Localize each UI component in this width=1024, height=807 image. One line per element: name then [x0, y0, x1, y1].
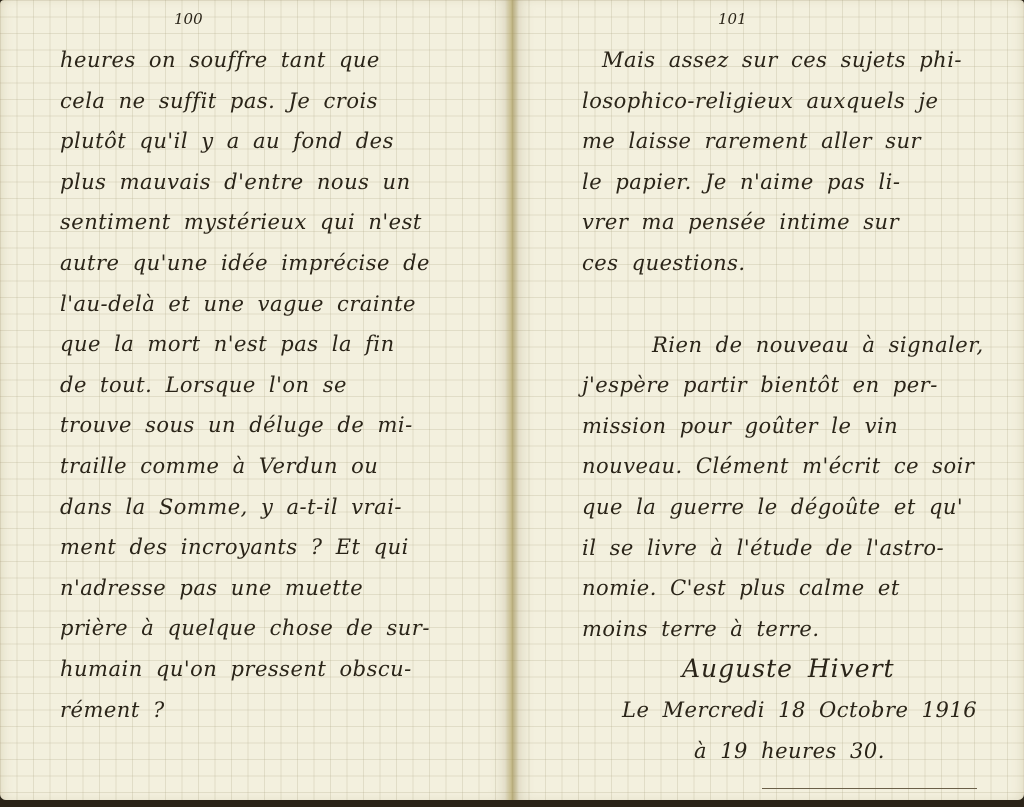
text-line: me laisse rarement aller sur — [582, 121, 984, 162]
text-line: nouveau. Clément m'écrit ce soir — [582, 446, 984, 487]
text-line: vrer ma pensée intime sur — [582, 202, 984, 243]
right-page-text: Mais assez sur ces sujets phi- losophico… — [582, 40, 984, 771]
text-line: plutôt qu'il y a au fond des — [60, 121, 430, 162]
text-line: rément ? — [60, 690, 430, 731]
text-line: mission pour goûter le vin — [582, 406, 984, 447]
date-line: Le Mercredi 18 Octobre 1916 — [582, 690, 984, 731]
text-line: n'adresse pas une muette — [60, 568, 430, 609]
text-line: prière à quelque chose de sur- — [60, 608, 430, 649]
right-page: 101 Mais assez sur ces sujets phi- losop… — [512, 0, 1024, 800]
time-line: à 19 heures 30. — [582, 731, 984, 772]
text-line: cela ne suffit pas. Je crois — [60, 81, 430, 122]
notebook-spread: 100 heures on souffre tant que cela ne s… — [0, 0, 1024, 800]
notebook-bottom-edge — [0, 800, 1024, 807]
left-page-text: heures on souffre tant que cela ne suffi… — [60, 40, 430, 730]
text-line: Mais assez sur ces sujets phi- — [582, 40, 984, 81]
text-line: ment des incroyants ? Et qui — [60, 527, 430, 568]
text-line: que la mort n'est pas la fin — [60, 324, 430, 365]
text-line: trouve sous un déluge de mi- — [60, 405, 430, 446]
text-line: humain qu'on pressent obscu- — [60, 649, 430, 690]
text-line: ces questions. — [582, 243, 984, 284]
text-line: Rien de nouveau à signaler, — [582, 325, 984, 366]
page-number: 101 — [718, 10, 747, 28]
text-line: moins terre à terre. — [582, 609, 984, 650]
page-number: 100 — [174, 10, 203, 28]
pen-underline — [762, 788, 977, 789]
left-page: 100 heures on souffre tant que cela ne s… — [0, 0, 512, 800]
text-line: sentiment mystérieux qui n'est — [60, 202, 430, 243]
text-line: de tout. Lorsque l'on se — [60, 365, 430, 406]
text-line: l'au-delà et une vague crainte — [60, 284, 430, 325]
text-line: j'espère partir bientôt en per- — [582, 365, 984, 406]
text-line: plus mauvais d'entre nous un — [60, 162, 430, 203]
text-line: heures on souffre tant que — [60, 40, 430, 81]
text-line: le papier. Je n'aime pas li- — [582, 162, 984, 203]
text-line: autre qu'une idée imprécise de — [60, 243, 430, 284]
signature: Auguste Hivert — [582, 649, 984, 690]
text-line: nomie. C'est plus calme et — [582, 568, 984, 609]
text-line: dans la Somme, y a-t-il vrai- — [60, 487, 430, 528]
text-line: il se livre à l'étude de l'astro- — [582, 528, 984, 569]
text-line: que la guerre le dégoûte et qu' — [582, 487, 984, 528]
text-line: traille comme à Verdun ou — [60, 446, 430, 487]
text-line: losophico-religieux auxquels je — [582, 81, 984, 122]
